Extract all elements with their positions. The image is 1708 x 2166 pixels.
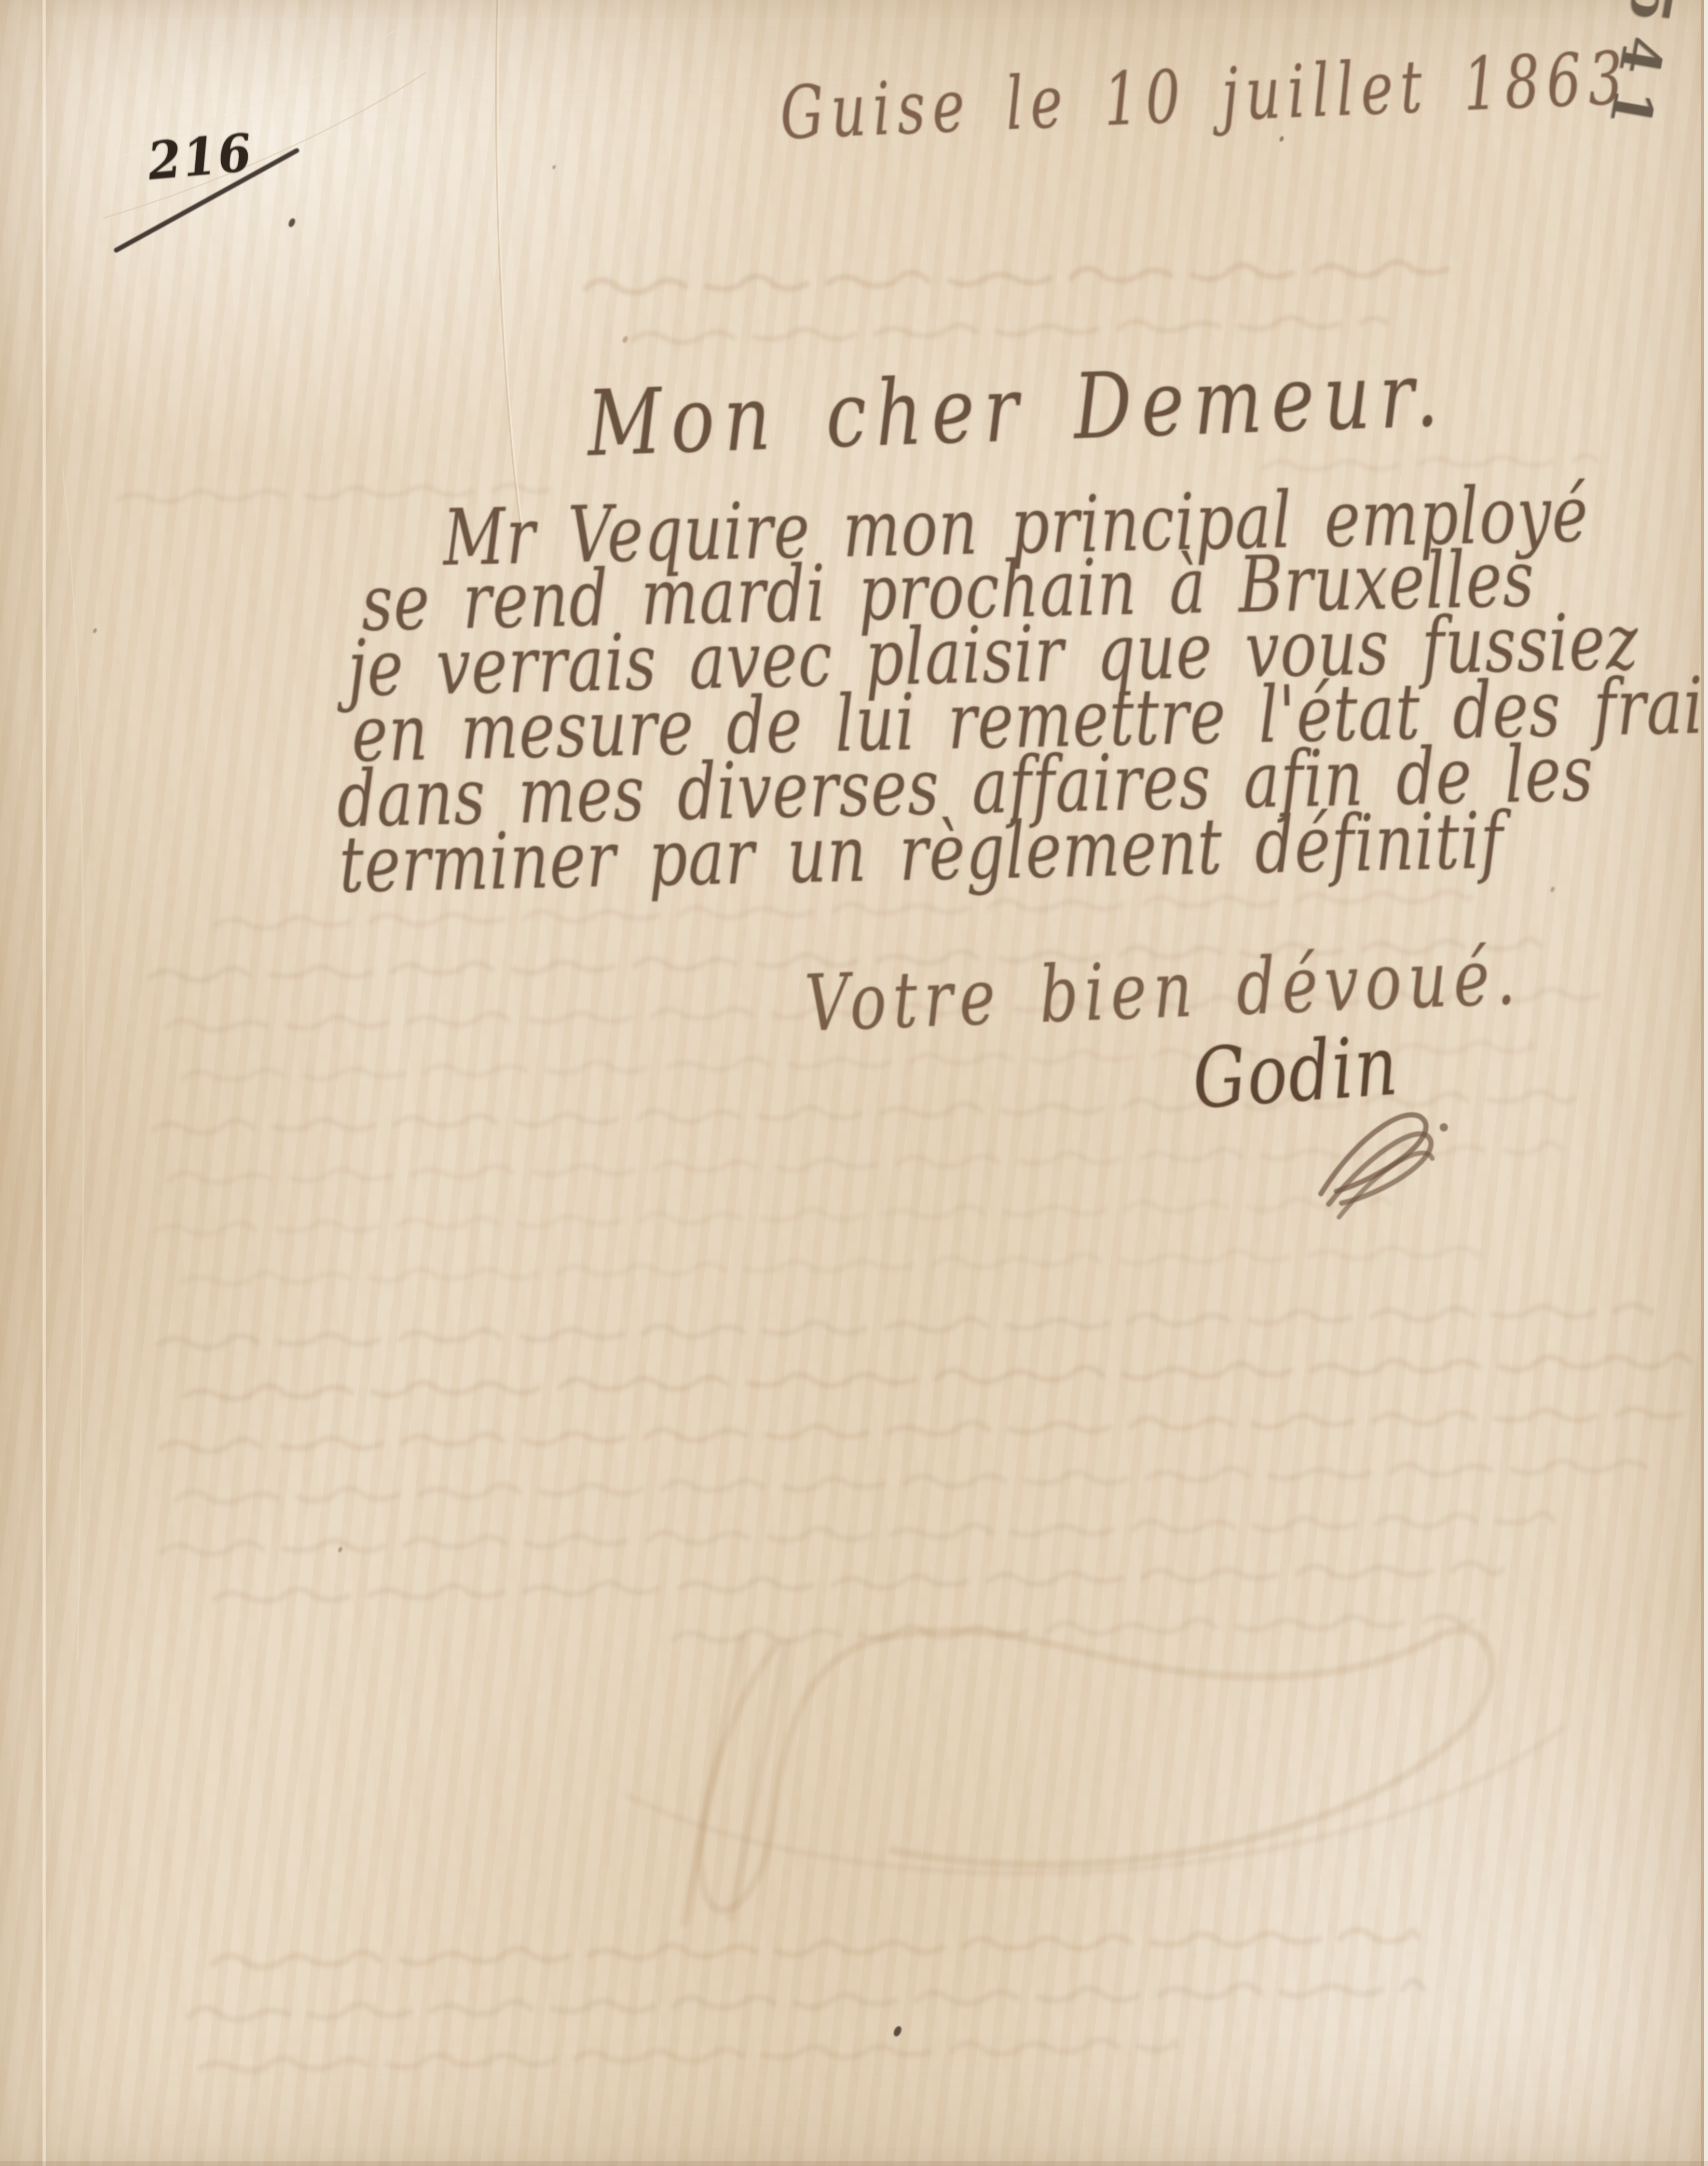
ink-speck	[1279, 135, 1285, 142]
letter-page: 216 541 Guise le 10 juillet 1863 Mon che…	[0, 0, 1708, 2166]
paper-texture-streaks-2	[0, 0, 1708, 2166]
paper-texture-streaks	[0, 0, 1708, 2166]
ink-speck	[621, 335, 628, 344]
left-fold-crease	[43, 0, 46, 2166]
ink-speck	[1550, 886, 1555, 893]
ghost-flourish	[628, 1630, 1562, 1923]
signature-paraph	[1321, 1115, 1448, 1217]
salutation: Mon cher Demeur.	[585, 342, 1449, 477]
ink-speck	[892, 2025, 903, 2037]
bleedthrough-ghost-writing	[0, 0, 1708, 2166]
closing-line: Votre bien dévoué.	[803, 932, 1523, 1050]
paper-bottom-edge	[0, 2161, 1708, 2166]
ink-speck	[552, 165, 556, 169]
background-sliver	[1704, 0, 1708, 2166]
date-line: Guise le 10 juillet 1863	[778, 36, 1632, 156]
ink-speck	[92, 628, 97, 633]
archival-number: 216	[145, 121, 256, 192]
signature: Godin	[1190, 1016, 1402, 1127]
ink-speck	[288, 217, 296, 228]
edge-vignette	[0, 0, 1708, 2166]
ink-speck	[337, 1546, 343, 1553]
